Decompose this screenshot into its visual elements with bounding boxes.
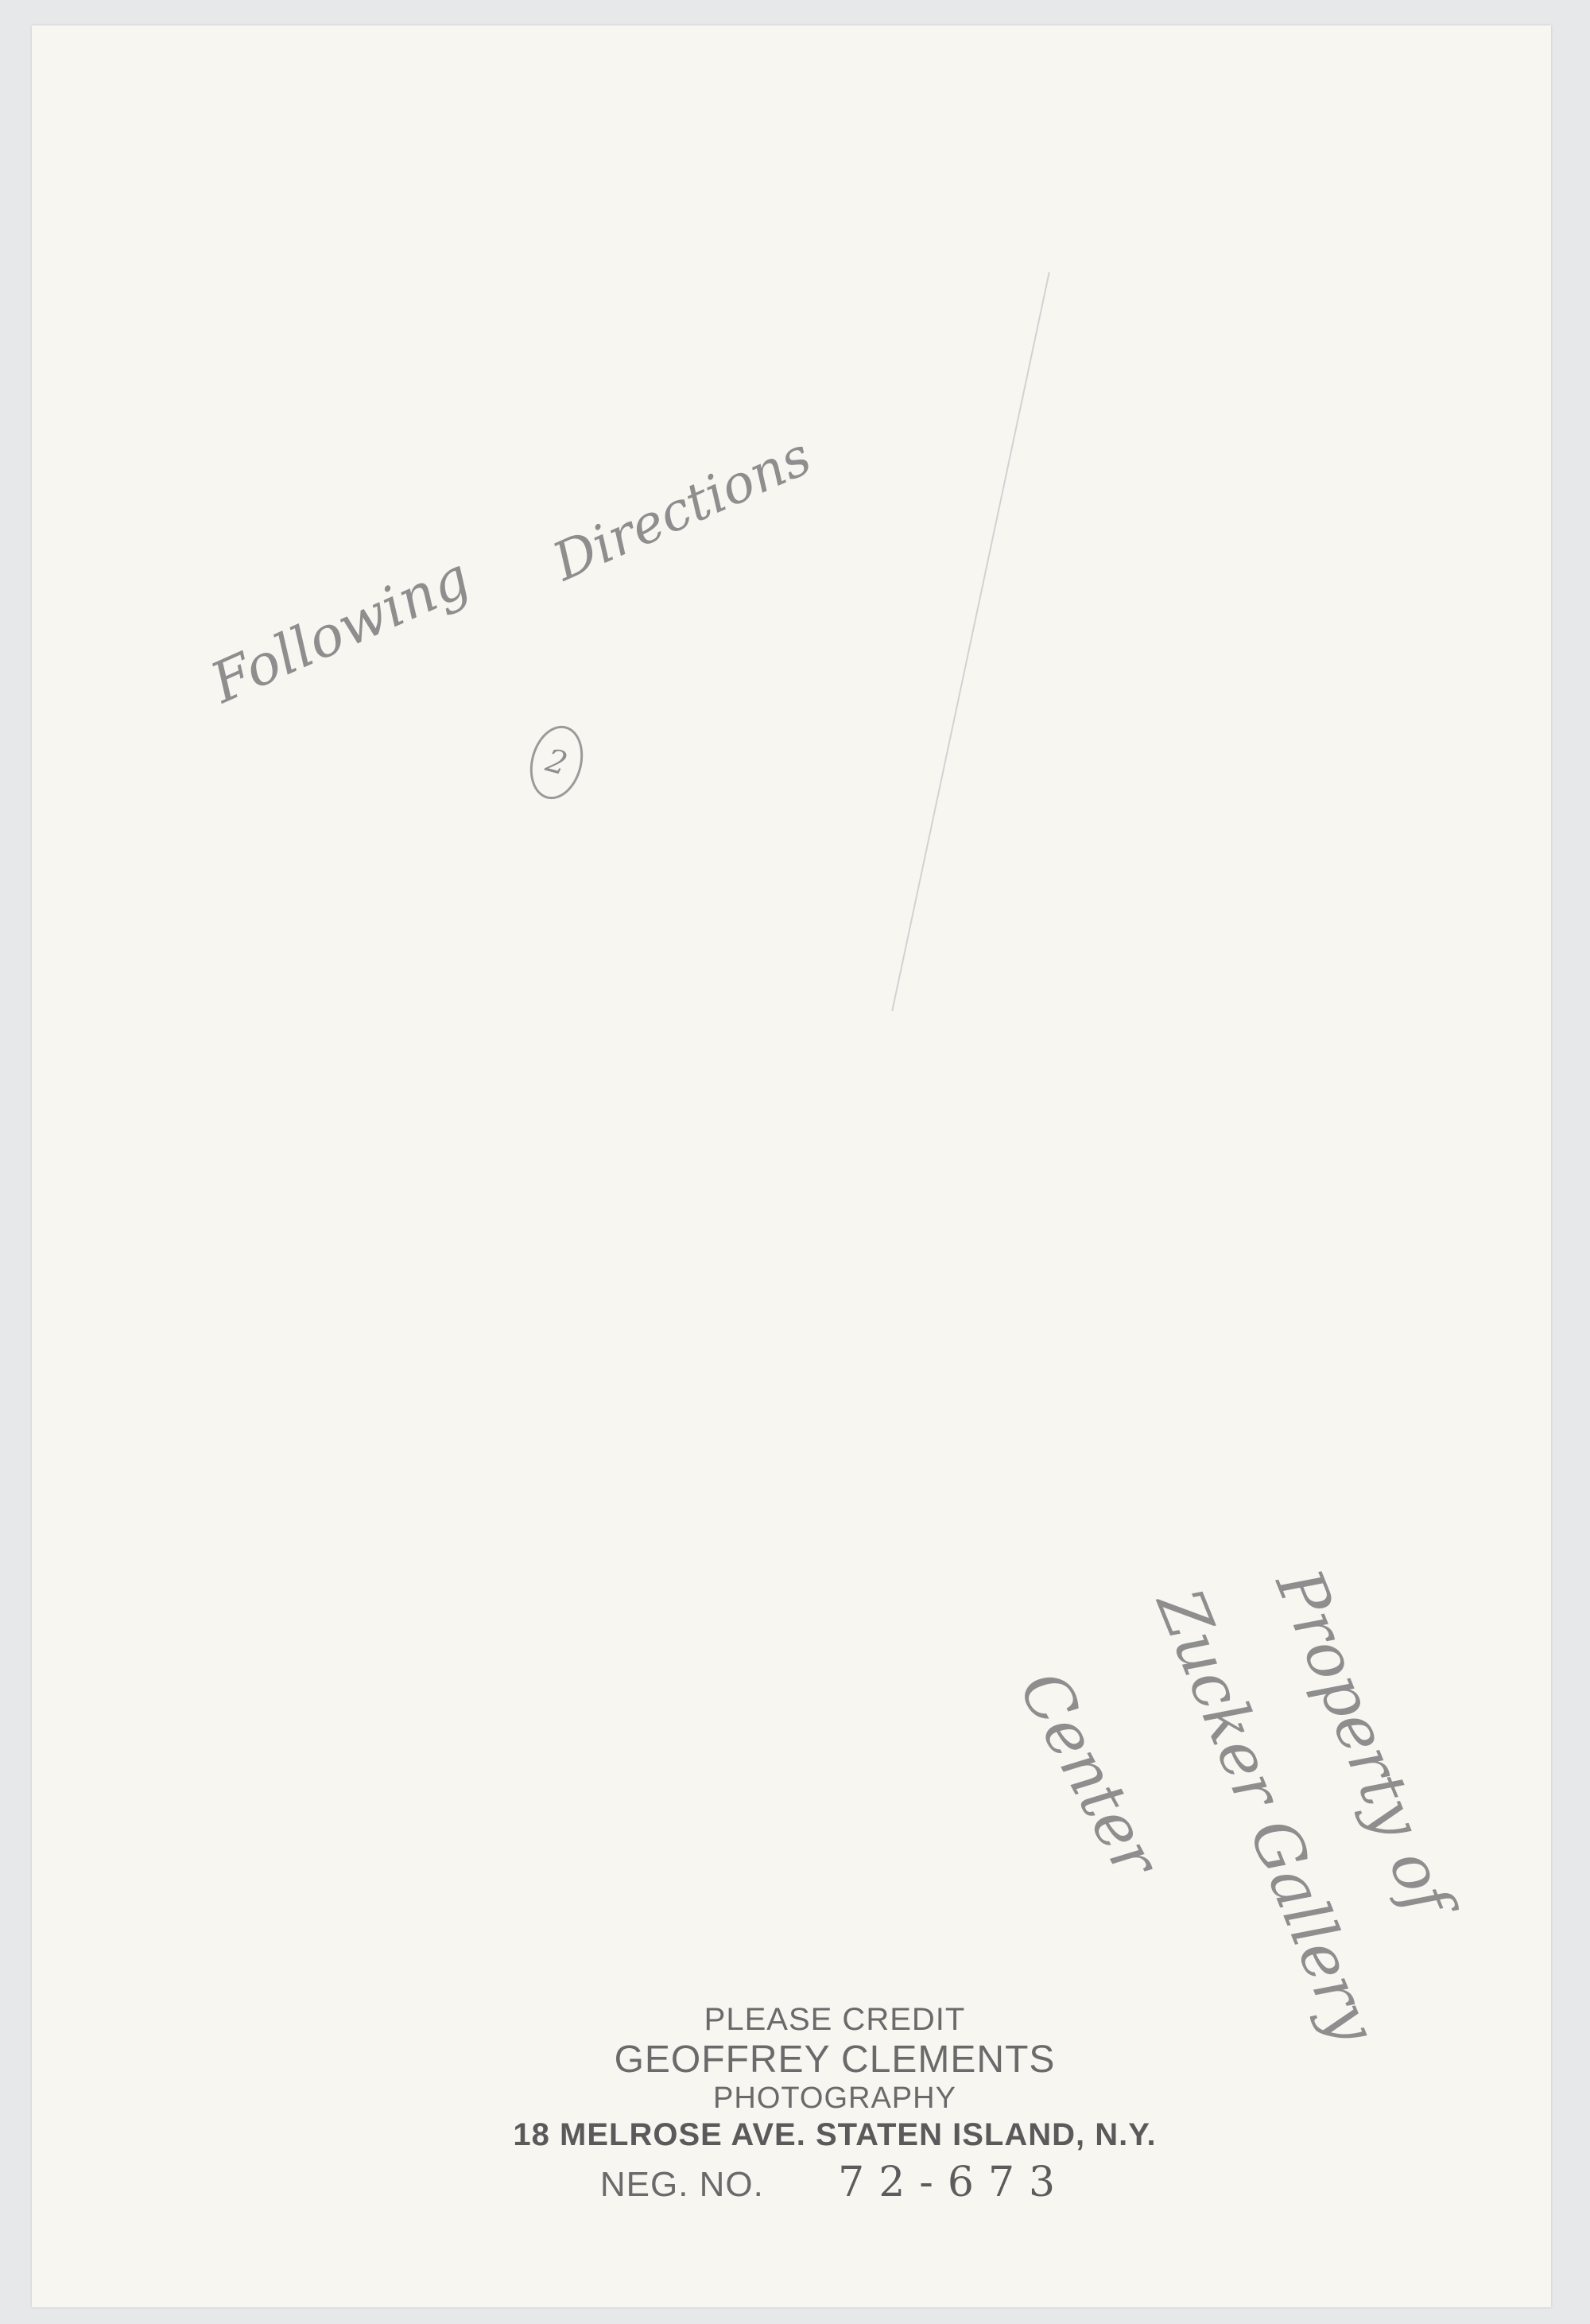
circled-number: 2 xyxy=(522,720,591,805)
stamp-negative-row: NEG. NO. 72-673 xyxy=(477,2159,1192,2207)
stamp-please-credit: PLEASE CREDIT xyxy=(477,2001,1192,2038)
negative-number: 72-673 xyxy=(838,2159,1069,2206)
handwritten-title-word-1: Following xyxy=(201,545,479,716)
handwritten-ownership-line-3: Center xyxy=(1005,1659,1174,1889)
stamp-photographer-name: GEOFFREY CLEMENTS xyxy=(477,2038,1192,2082)
stamp-address: 18 MELROSE AVE. STATEN ISLAND, N.Y. xyxy=(477,2116,1192,2153)
handwritten-title-word-2: Directions xyxy=(544,425,820,593)
faint-pencil-mark xyxy=(891,272,1049,1011)
negative-label: NEG. NO. xyxy=(600,2165,764,2204)
photo-back-paper: Following Directions 2 Property of Zucke… xyxy=(32,25,1551,2307)
stamp-photography: PHOTOGRAPHY xyxy=(477,2082,1192,2116)
photographer-credit-stamp: PLEASE CREDIT GEOFFREY CLEMENTS PHOTOGRA… xyxy=(477,2001,1192,2207)
